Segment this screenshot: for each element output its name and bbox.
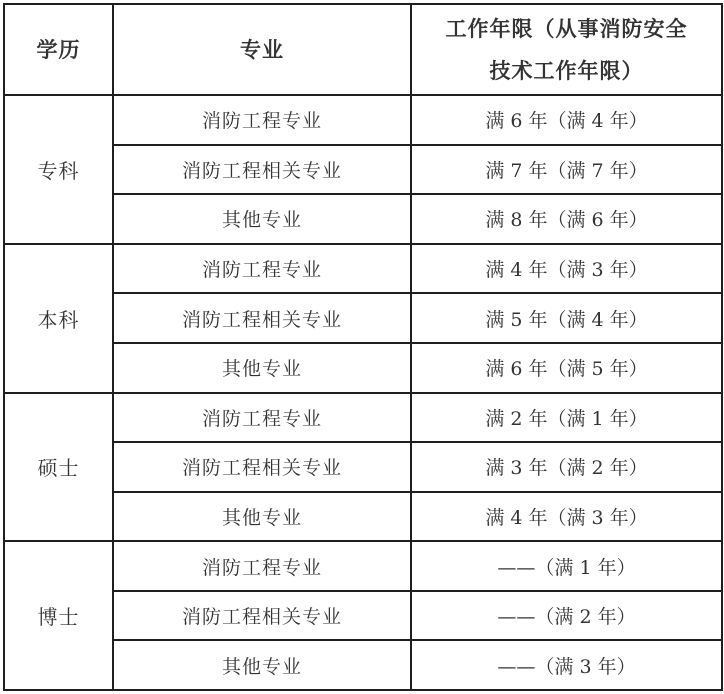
table-row: 本科 消防工程专业 满 4 年（满 3 年）: [4, 244, 722, 294]
major-cell: 消防工程专业: [113, 541, 411, 591]
header-cell-experience: 工作年限（从事消防安全技术工作年限）: [411, 4, 722, 95]
major-cell: 其他专业: [113, 492, 411, 542]
major-cell: 消防工程相关专业: [113, 442, 411, 492]
page-background: 学历 专业 工作年限（从事消防安全技术工作年限） 专科 消防工程专业 满 6 年…: [0, 0, 724, 694]
years-cell: 满 6 年（满 4 年）: [411, 95, 722, 145]
qualification-requirements-table: 学历 专业 工作年限（从事消防安全技术工作年限） 专科 消防工程专业 满 6 年…: [3, 3, 723, 691]
header-cell-education: 学历: [4, 4, 113, 95]
years-cell: ——（满 2 年）: [411, 591, 722, 641]
education-level-cell: 本科: [4, 244, 113, 393]
years-cell: 满 4 年（满 3 年）: [411, 492, 722, 542]
header-cell-major: 专业: [113, 4, 411, 95]
years-cell: 满 8 年（满 6 年）: [411, 194, 722, 244]
years-cell: 满 4 年（满 3 年）: [411, 244, 722, 294]
table-header-row: 学历 专业 工作年限（从事消防安全技术工作年限）: [4, 4, 722, 95]
major-cell: 消防工程相关专业: [113, 591, 411, 641]
years-cell: 满 5 年（满 4 年）: [411, 293, 722, 343]
table-row: 硕士 消防工程专业 满 2 年（满 1 年）: [4, 393, 722, 443]
table-row: 博士 消防工程专业 ——（满 1 年）: [4, 541, 722, 591]
years-cell: 满 6 年（满 5 年）: [411, 343, 722, 393]
years-cell: ——（满 1 年）: [411, 541, 722, 591]
table-row: 专科 消防工程专业 满 6 年（满 4 年）: [4, 95, 722, 145]
years-cell: ——（满 3 年）: [411, 640, 722, 690]
major-cell: 消防工程相关专业: [113, 145, 411, 195]
education-level-cell: 专科: [4, 95, 113, 244]
major-cell: 其他专业: [113, 343, 411, 393]
major-cell: 消防工程相关专业: [113, 293, 411, 343]
years-cell: 满 7 年（满 7 年）: [411, 145, 722, 195]
years-cell: 满 3 年（满 2 年）: [411, 442, 722, 492]
education-level-cell: 博士: [4, 541, 113, 690]
major-cell: 其他专业: [113, 194, 411, 244]
major-cell: 消防工程专业: [113, 393, 411, 443]
years-cell: 满 2 年（满 1 年）: [411, 393, 722, 443]
major-cell: 消防工程专业: [113, 95, 411, 145]
major-cell: 消防工程专业: [113, 244, 411, 294]
education-level-cell: 硕士: [4, 393, 113, 542]
major-cell: 其他专业: [113, 640, 411, 690]
